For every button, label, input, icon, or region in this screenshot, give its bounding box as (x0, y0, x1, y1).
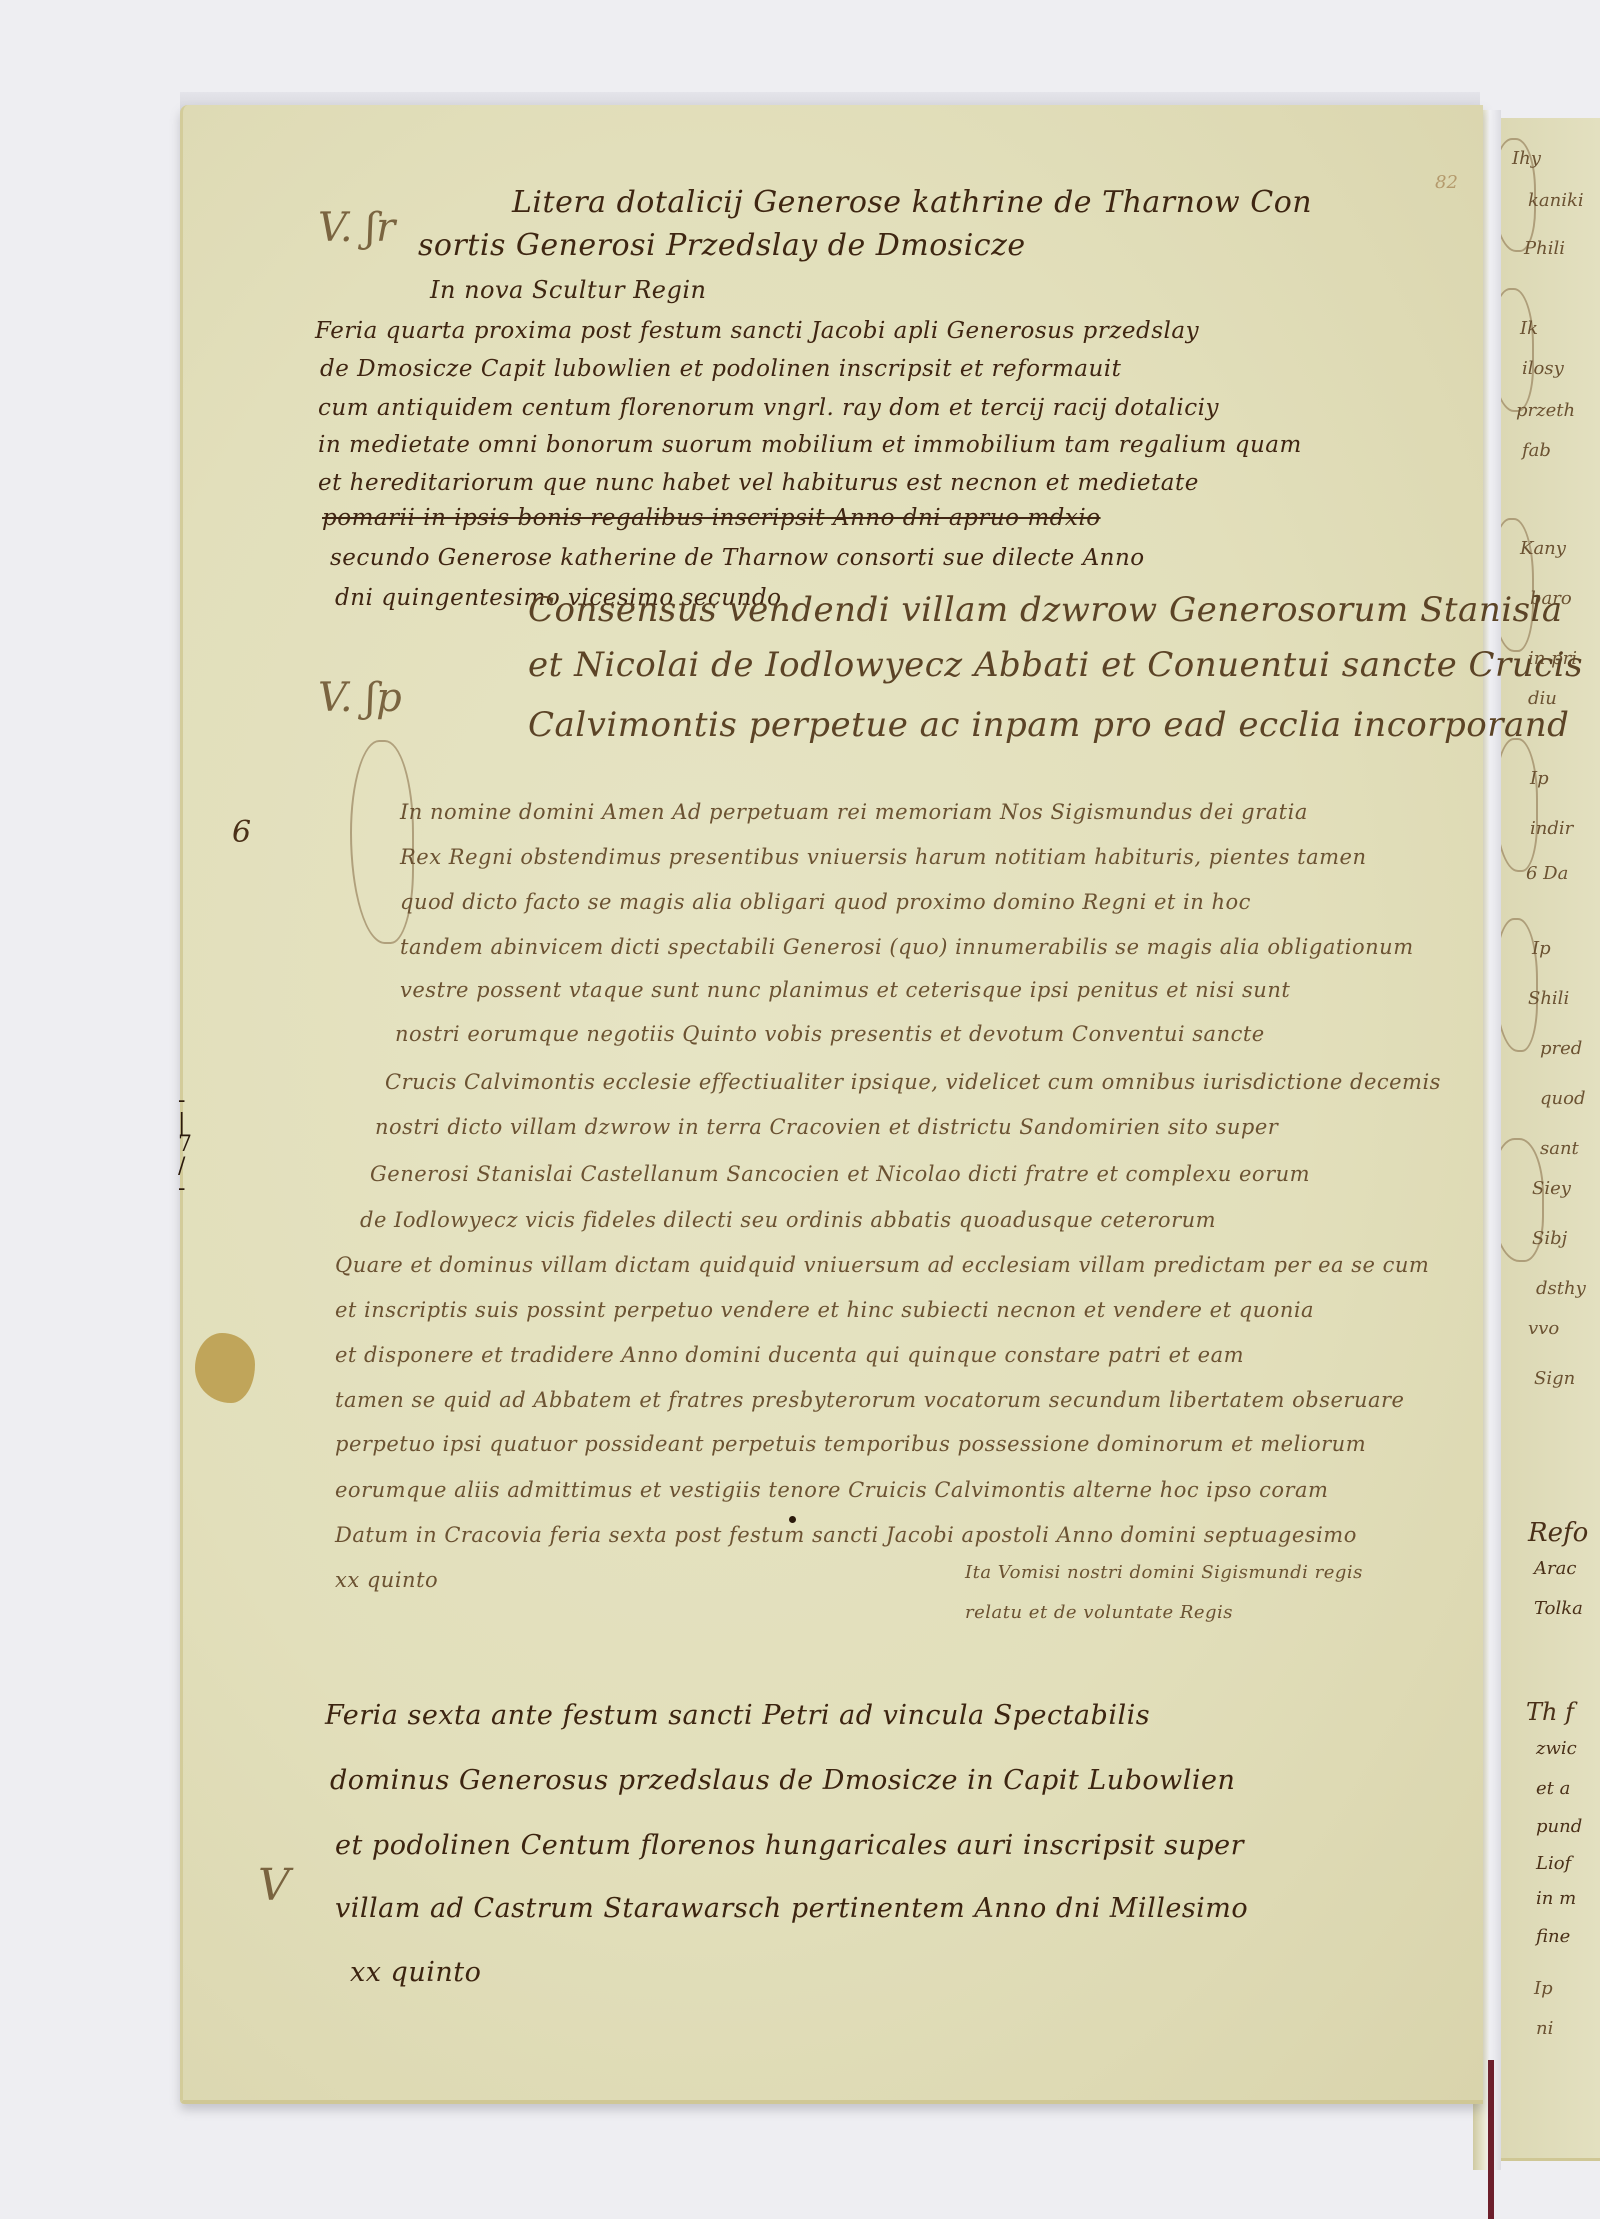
entry2-relatio-line: relatu et de voluntate Regis (965, 1602, 1233, 1623)
edge-ink-marks: -|7/- (178, 1090, 192, 1200)
ink-dot (789, 1516, 796, 1523)
entry3-body-line: et podolinen Centum florenos hungaricale… (335, 1830, 1244, 1861)
entry3-body-line: xx quinto (350, 1957, 481, 1988)
facing-fragment: przeth (1516, 400, 1575, 421)
entry1-body-line: pomarii in ipsis bonis regalibus inscrip… (322, 505, 1101, 531)
entry2-body-line: de Iodlowyecz vicis fideles dilecti seu … (360, 1208, 1216, 1232)
entry1-body-line: in medietate omni bonorum suorum mobiliu… (318, 432, 1302, 458)
facing-fragment: Ip (1534, 1978, 1553, 1999)
entry1-body-line: cum antiquidem centum florenorum vngrl. … (318, 395, 1219, 421)
entry2-body-line: eorumque aliis admittimus et vestigiis t… (335, 1478, 1328, 1502)
facing-fragment: ilosy (1522, 358, 1564, 379)
entry1-margin-mark: V. ʃr (318, 205, 395, 251)
entry2-body-line: tandem abinvicem dicti spectabili Genero… (400, 935, 1414, 959)
facing-fragment: vvo (1528, 1318, 1559, 1339)
entry1-body-line: et hereditariorum que nunc habet vel hab… (318, 470, 1199, 496)
margin-number: 6 (232, 815, 251, 850)
entry2-relatio-line: Ita Vomisi nostri domini Sigismundi regi… (965, 1562, 1363, 1583)
entry1-title-line: Litera dotalicij Generose kathrine de Th… (512, 185, 1312, 220)
binding-thread (1488, 2060, 1494, 2219)
entry1-body-text: pomarii in ipsis bonis regalibus inscrip… (322, 505, 1101, 531)
entry2-heading-line: Calvimontis perpetue ac inpam pro ead ec… (528, 705, 1569, 745)
facing-fragment: Tolka (1534, 1598, 1583, 1619)
facing-fragment: Siey (1532, 1178, 1571, 1199)
facing-fragment: fine (1536, 1926, 1570, 1947)
facing-fragment: Shili (1528, 988, 1569, 1009)
entry3-body-line: Feria sexta ante festum sancti Petri ad … (325, 1700, 1150, 1731)
entry1-body-line: secundo Generose katherine de Tharnow co… (330, 545, 1145, 571)
facing-fragment: pred (1540, 1038, 1582, 1059)
facing-fragment: Sign (1534, 1368, 1575, 1389)
facing-fragment: Liof (1536, 1853, 1571, 1874)
facing-fragment: dsthy (1536, 1278, 1586, 1299)
facing-fragment: quod (1540, 1088, 1585, 1109)
entry2-body-line: et inscriptis suis possint perpetuo vend… (335, 1298, 1314, 1322)
entry2-body-line: nostri dicto villam dzwrow in terra Crac… (375, 1115, 1278, 1139)
facing-fragment: 6 Da (1526, 863, 1568, 884)
entry2-body-line: xx quinto (335, 1568, 438, 1592)
entry2-body-line: Generosi Stanislai Castellanum Sancocien… (370, 1162, 1310, 1186)
facing-fragment: Kany (1520, 538, 1566, 559)
facing-fragment: Arac (1534, 1558, 1576, 1579)
facing-fragment: pund (1536, 1816, 1582, 1837)
facing-fragment: Ip (1532, 938, 1551, 959)
entry2-body-line: et disponere et tradidere Anno domini du… (335, 1343, 1244, 1367)
facing-fragment: zwic (1536, 1738, 1577, 1759)
entry2-heading-line: et Nicolai de Iodlowyecz Abbati et Conue… (528, 645, 1583, 685)
facing-fragment: kaniki (1528, 190, 1584, 211)
facing-fragment: Sibj (1532, 1228, 1567, 1249)
facing-page: Ihy kaniki Phili Ik ilosy przeth fab Kan… (1500, 118, 1600, 2161)
facing-fragment: indir (1530, 818, 1573, 839)
entry2-body-line: Rex Regni obstendimus presentibus vniuer… (400, 845, 1367, 869)
entry1-body-line: Feria quarta proxima post festum sancti … (315, 318, 1199, 344)
entry2-margin-mark: V. ʃp (318, 675, 402, 721)
facing-fragment: fab (1522, 440, 1551, 461)
facing-fragment: sant (1540, 1138, 1579, 1159)
facing-fragment: ni (1536, 2018, 1553, 2039)
facing-fragment: Ihy (1512, 148, 1541, 169)
entry3-body-line: dominus Generosus przedslaus de Dmosicze… (330, 1765, 1235, 1796)
entry2-body-line: vestre possent vtaque sunt nunc planimus… (400, 978, 1290, 1002)
entry1-title-line: In nova Scultur Regin (430, 276, 706, 304)
entry3-body-line: villam ad Castrum Starawarsch pertinente… (335, 1893, 1248, 1924)
entry2-body-line: Crucis Calvimontis ecclesie effectiualit… (385, 1070, 1441, 1094)
folio-number: 82 (1435, 172, 1458, 193)
entry3-margin-mark: V (258, 1860, 290, 1911)
entry2-body-line: quod dicto facto se magis alia obligari … (400, 890, 1251, 914)
entry2-body-line: nostri eorumque negotiis Quinto vobis pr… (395, 1022, 1265, 1046)
facing-fragment: in m (1536, 1888, 1576, 1909)
entry2-body-line: Datum in Cracovia feria sexta post festu… (335, 1523, 1357, 1547)
facing-fragment: Th f (1526, 1698, 1574, 1726)
facing-fragment: Phili (1524, 238, 1565, 259)
facing-fragment: Ik (1520, 318, 1538, 339)
facing-fragment: et a (1536, 1778, 1570, 1799)
entry2-heading-line: Consensus vendendi villam dzwrow Generos… (528, 590, 1563, 630)
entry2-body-line: Quare et dominus villam dictam quidquid … (335, 1253, 1429, 1277)
entry2-body-line: perpetuo ipsi quatuor possideant perpetu… (335, 1432, 1366, 1456)
entry1-body-line: de Dmosicze Capit lubowlien et podolinen… (320, 356, 1121, 382)
entry2-body-line: tamen se quid ad Abbatem et fratres pres… (335, 1388, 1404, 1412)
entry2-body-line: In nomine domini Amen Ad perpetuam rei m… (400, 800, 1308, 824)
facing-fragment: Ip (1530, 768, 1549, 789)
facing-fragment: Refo (1528, 1518, 1588, 1548)
entry1-title-line: sortis Generosi Przedslay de Dmosicze (418, 228, 1026, 263)
